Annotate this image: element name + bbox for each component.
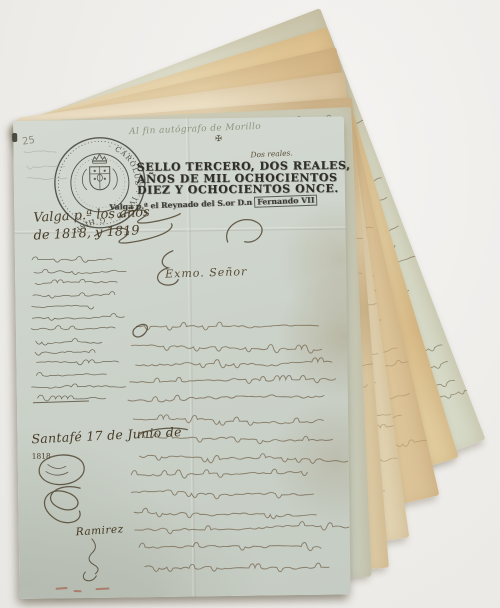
handwritten-revalidation-line2: de 1818, y 1819	[33, 223, 140, 243]
revalidation-king-name: Fernando VII	[254, 195, 318, 208]
paper-sheet-front: 25 Al fin autógrafo de Morillo ✠ Dos rea…	[13, 116, 351, 599]
edge-ink-mark	[12, 133, 17, 142]
signature-main: Ramirez	[75, 523, 124, 538]
dateline: Santafé 17 de Junio de	[31, 424, 182, 446]
ink-annotation: Dos reales.	[250, 148, 293, 159]
red-stain-mark	[74, 590, 82, 592]
salutation: Exmo. Señor	[165, 265, 247, 281]
margin-note-underline	[33, 400, 89, 403]
year-note: 1818	[32, 452, 51, 461]
tax-stamp-text: SELLO TERCERO, DOS REALES, AÑOS DE MIL O…	[137, 160, 337, 196]
red-stain-mark	[95, 587, 109, 590]
corner-number: 25	[22, 135, 36, 148]
red-stain-mark	[55, 587, 67, 590]
photo-of-historical-documents: Franco 25 Al fin autógrafo de Morillo ✠ …	[0, 0, 500, 608]
margin-note-handwriting	[27, 253, 129, 410]
body-handwriting	[122, 314, 354, 585]
cross-ornament: ✠	[215, 134, 222, 143]
